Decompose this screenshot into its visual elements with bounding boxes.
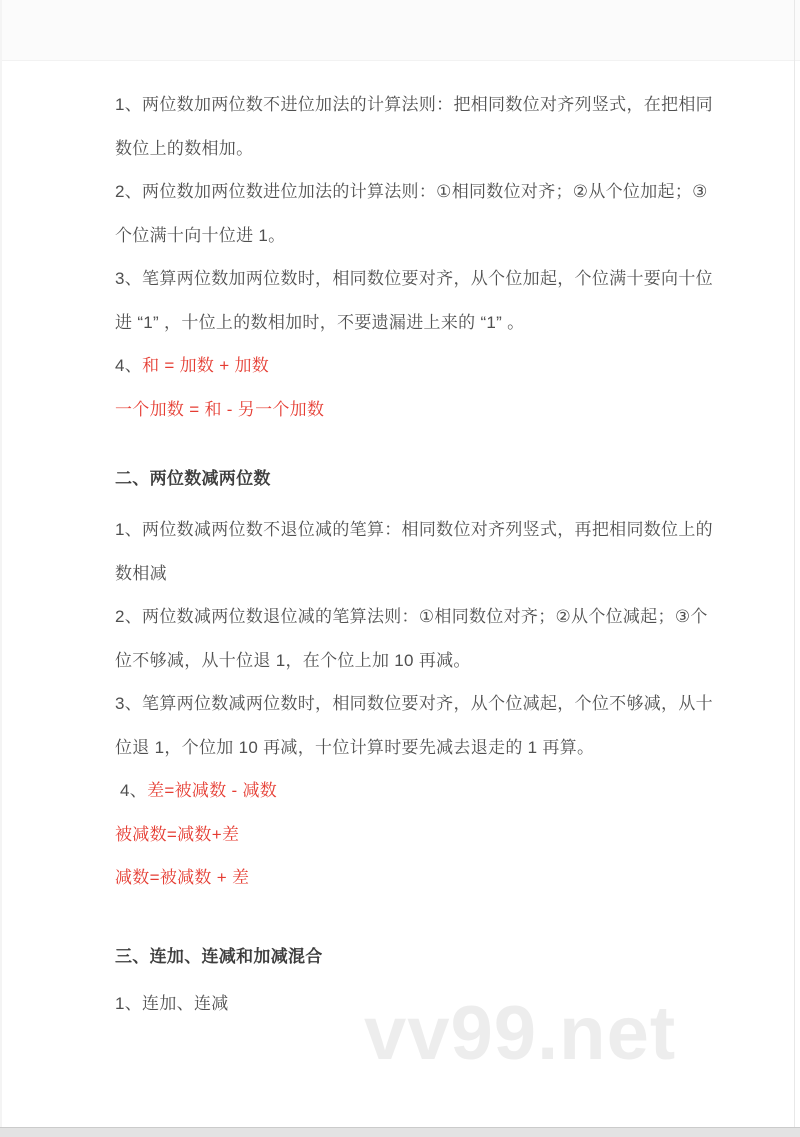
section-heading: 二、两位数减两位数	[115, 457, 695, 501]
page-top-edge	[0, 0, 800, 61]
formula-line: 4、差=被减数 - 减数	[115, 769, 695, 813]
text-line: 个位满十向十位进 1。	[115, 214, 695, 258]
formula-line: 被减数=减数+差	[115, 813, 695, 857]
text-line: 位退 1，个位加 10 再减，十位计算时要先减去退走的 1 再算。	[115, 726, 695, 770]
formula-text: 差=被减数 - 减数	[147, 781, 277, 800]
formula-number: 4、	[120, 781, 147, 800]
page-left-edge	[0, 0, 2, 1137]
text-line: 位不够减，从十位退 1，在个位上加 10 再减。	[115, 639, 695, 683]
section-heading: 三、连加、连减和加减混合	[115, 935, 695, 979]
text-line: 1、连加、连减	[115, 982, 695, 1026]
text-line: 数相减	[115, 552, 695, 596]
text-line: 数位上的数相加。	[115, 127, 695, 171]
page-right-edge	[794, 0, 795, 1137]
page-bottom-bar	[0, 1127, 800, 1137]
formula-line: 4、和 = 加数 + 加数	[115, 344, 695, 388]
text-line: 3、笔算两位数加两位数时，相同数位要对齐，从个位加起，个位满十要向十位	[115, 257, 695, 301]
formula-text: 和 = 加数 + 加数	[142, 356, 269, 375]
text-line: 3、笔算两位数减两位数时，相同数位要对齐，从个位减起，个位不够减，从十	[115, 682, 695, 726]
text-line: 1、两位数加两位数不进位加法的计算法则：把相同数位对齐列竖式，在把相同	[115, 83, 695, 127]
text-line: 1、两位数减两位数不退位减的笔算：相同数位对齐列竖式，再把相同数位上的	[115, 508, 695, 552]
formula-line: 一个加数 = 和 - 另一个加数	[115, 388, 695, 432]
document-page: vv99.net 1、两位数加两位数不进位加法的计算法则：把相同数位对齐列竖式，…	[0, 0, 800, 1137]
text-line: 2、两位数加两位数进位加法的计算法则：①相同数位对齐；②从个位加起；③	[115, 170, 695, 214]
formula-number: 4、	[115, 356, 142, 375]
document-content: 1、两位数加两位数不进位加法的计算法则：把相同数位对齐列竖式，在把相同 数位上的…	[115, 83, 695, 1026]
text-line: 2、两位数减两位数退位减的笔算法则：①相同数位对齐；②从个位减起；③个	[115, 595, 695, 639]
text-line: 进 “1” ，十位上的数相加时，不要遗漏进上来的 “1” 。	[115, 301, 695, 345]
formula-line: 减数=被减数 + 差	[115, 856, 695, 900]
